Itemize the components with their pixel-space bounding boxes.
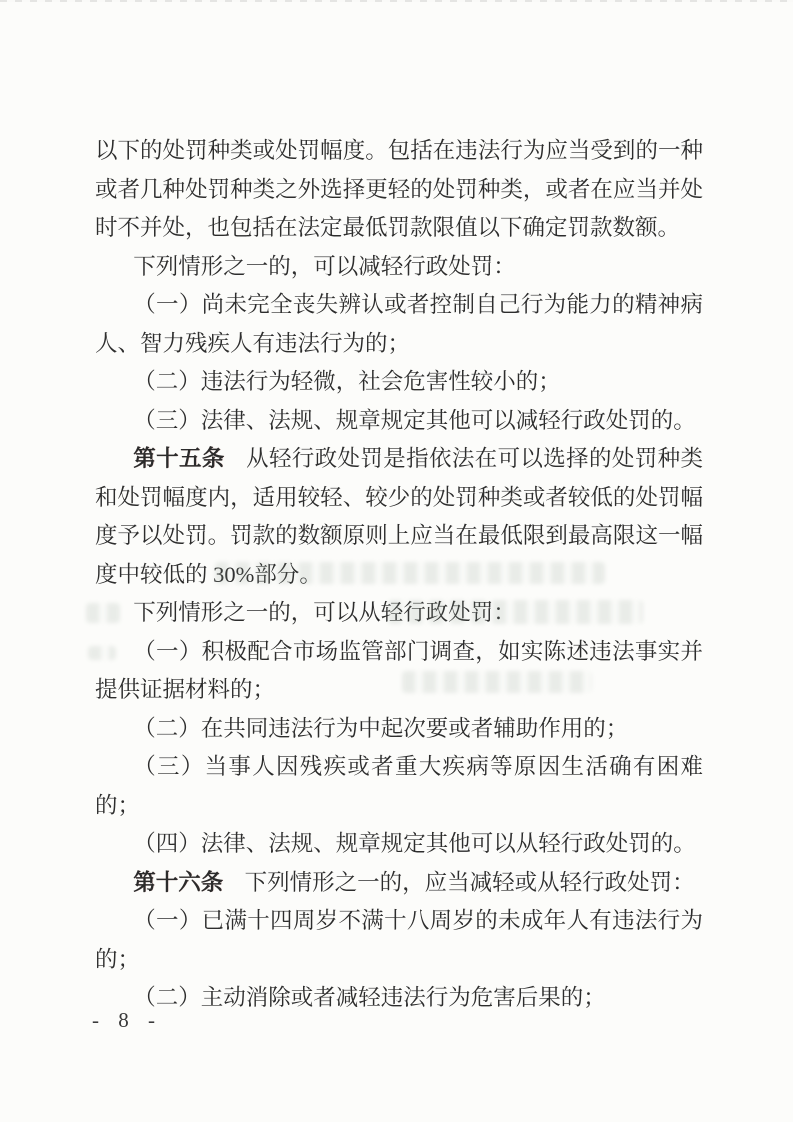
article-number-label: 第十五条 — [133, 446, 224, 471]
scanned-document-page: 以下的处罚种类或处罚幅度。包括在违法行为应当受到的一种或者几种处罚种类之外选择更… — [0, 0, 793, 1122]
bleed-through-artifact — [388, 600, 643, 624]
paragraph-text: 下列情形之一的，应当减轻或从轻行政处罚： — [245, 870, 695, 895]
paragraph: 下列情形之一的，可以减轻行政处罚： — [95, 248, 703, 287]
paragraph: 以下的处罚种类或处罚幅度。包括在违法行为应当受到的一种或者几种处罚种类之外选择更… — [95, 132, 703, 248]
paragraph: （一）积极配合市场监管部门调查，如实陈述违法事实并提供证据材料的； — [95, 633, 703, 710]
paragraph: （一）已满十四周岁不满十八周岁的未成年人有违法行为的； — [95, 902, 703, 979]
paragraph: （二）在共同违法行为中起次要或者辅助作用的； — [95, 710, 703, 749]
bleed-through-artifact — [88, 646, 116, 660]
bleed-through-artifact — [215, 562, 605, 584]
paragraph: （三）法律、法规、规章规定其他可以减轻行政处罚的。 — [95, 402, 703, 441]
paragraph: （二）违法行为轻微，社会危害性较小的； — [95, 363, 703, 402]
bleed-through-artifact — [86, 603, 120, 623]
article-number-label: 第十六条 — [133, 870, 223, 895]
paragraph: （三）当事人因残疾或者重大疾病等原因生活确有困难的； — [95, 748, 703, 825]
paragraph: （一）尚未完全丧失辨认或者控制自己行为能力的精神病人、智力残疾人有违法行为的； — [95, 286, 703, 363]
paragraph: （四）法律、法规、规章规定其他可以从轻行政处罚的。 — [95, 825, 703, 864]
bleed-through-artifact — [402, 671, 592, 693]
paragraph: （二）主动消除或者减轻违法行为危害后果的； — [95, 979, 703, 1018]
page-number: - 8 - — [92, 1008, 162, 1033]
paragraph-article-16: 第十六条下列情形之一的，应当减轻或从轻行政处罚： — [95, 864, 703, 903]
